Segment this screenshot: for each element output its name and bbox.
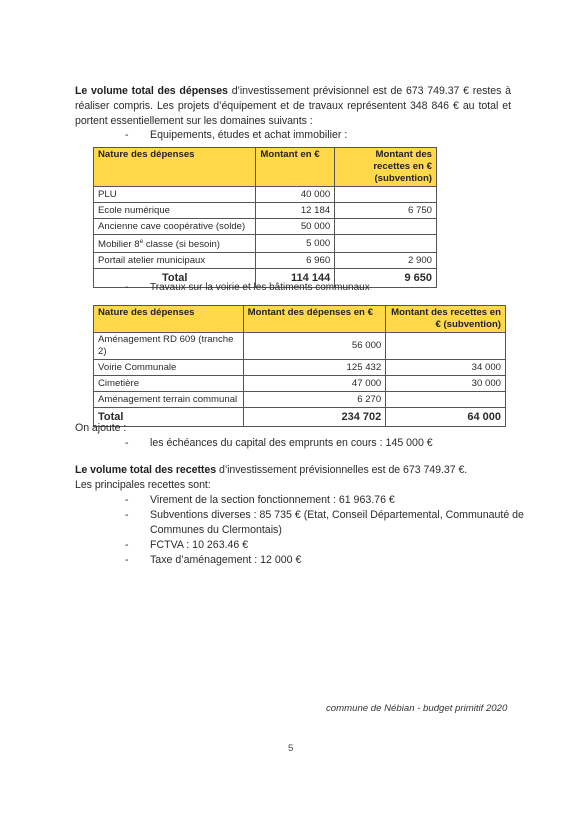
- recette-item-text: Subventions diverses : 85 735 € (Etat, C…: [150, 508, 524, 523]
- header-montant: Montant des dépenses en €: [243, 306, 386, 333]
- cell-nature: PLU: [94, 187, 256, 203]
- header-nature: Nature des dépenses: [94, 148, 256, 187]
- section1-title: Equipements, études et achat immobilier …: [150, 128, 347, 143]
- intro-bold: Le volume total des dépenses: [75, 85, 228, 97]
- cell-nature: Voirie Communale: [94, 360, 244, 376]
- cell-montant: 6 960: [256, 253, 335, 269]
- bullet-dash: -: [125, 436, 129, 451]
- bullet-dash: -: [125, 280, 128, 295]
- cell-nature-text: Mobilier 8e classe (si besoin): [98, 239, 220, 250]
- table-row: Portail atelier municipaux 6 960 2 900: [94, 253, 437, 269]
- cell-montant: 56 000: [243, 333, 386, 360]
- cell-recettes: [335, 187, 437, 203]
- cell-nature: Ecole numérique: [94, 203, 256, 219]
- cell-montant: 125 432: [243, 360, 386, 376]
- recette-item-text: Virement de la section fonctionnement : …: [150, 493, 395, 508]
- table-row: Cimetière 47 000 30 000: [94, 376, 506, 392]
- cell-nature: Aménagement RD 609 (tranche 2): [94, 333, 244, 360]
- cell-montant: 40 000: [256, 187, 335, 203]
- recettes-subtitle: Les principales recettes sont:: [75, 478, 511, 493]
- table-row: Ancienne cave coopérative (solde) 50 000: [94, 219, 437, 235]
- cell-montant: 5 000: [256, 235, 335, 253]
- cell-nature: Mobilier 8e classe (si besoin): [94, 235, 256, 253]
- ajoute-item-text: les échéances du capital des emprunts en…: [150, 436, 433, 451]
- cell-nature: Ancienne cave coopérative (solde): [94, 219, 256, 235]
- bullet-dash: -: [125, 508, 129, 523]
- intro-paragraph: Le volume total des dépenses d’investiss…: [75, 84, 511, 129]
- table-row: Aménagement terrain communal 6 270: [94, 392, 506, 408]
- recettes-paragraph: Le volume total des recettes d’investiss…: [75, 463, 511, 478]
- equipment-expenses-table: Nature des dépenses Montant en € Montant…: [93, 147, 437, 288]
- cell-recettes: 2 900: [335, 253, 437, 269]
- bullet-dash: -: [125, 553, 129, 568]
- table-row: Ecole numérique 12 184 6 750: [94, 203, 437, 219]
- cell-montant: 6 270: [243, 392, 386, 408]
- header-recettes: Montant des recettes en € (subvention): [335, 148, 437, 187]
- cell-montant: 50 000: [256, 219, 335, 235]
- ajoute-label: On ajoute :: [75, 421, 511, 436]
- cell-recettes: 6 750: [335, 203, 437, 219]
- bullet-dash: -: [125, 538, 129, 553]
- table-header-row: Nature des dépenses Montant en € Montant…: [94, 148, 437, 187]
- page-number: 5: [288, 743, 293, 754]
- cell-recettes: 34 000: [386, 360, 506, 376]
- recette-item-text: FCTVA : 10 263.46 €: [150, 538, 248, 553]
- footer-caption: commune de Nébian - budget primitif 2020: [326, 703, 507, 714]
- header-nature: Nature des dépenses: [94, 306, 244, 333]
- recettes-bold: Le volume total des recettes: [75, 464, 216, 476]
- cell-recettes: 30 000: [386, 376, 506, 392]
- header-montant: Montant en €: [256, 148, 335, 187]
- table-row: Mobilier 8e classe (si besoin) 5 000: [94, 235, 437, 253]
- cell-recettes: [335, 235, 437, 253]
- cell-nature: Cimetière: [94, 376, 244, 392]
- cell-montant: 12 184: [256, 203, 335, 219]
- cell-recettes: [335, 219, 437, 235]
- roadworks-expenses-table: Nature des dépenses Montant des dépenses…: [93, 305, 506, 427]
- cell-nature: Aménagement terrain communal: [94, 392, 244, 408]
- recettes-text: d’investissement prévisionnelles est de …: [216, 464, 467, 476]
- bullet-dash: -: [125, 128, 129, 143]
- bullet-dash: -: [125, 493, 129, 508]
- table-row: Voirie Communale 125 432 34 000: [94, 360, 506, 376]
- cell-recettes: [386, 333, 506, 360]
- table-row: Aménagement RD 609 (tranche 2) 56 000: [94, 333, 506, 360]
- header-recettes: Montant des recettes en € (subvention): [386, 306, 506, 333]
- cell-recettes: [386, 392, 506, 408]
- recette-item-cont-text: Communes du Clermontais): [150, 523, 282, 538]
- cell-nature: Portail atelier municipaux: [94, 253, 256, 269]
- cell-montant: 47 000: [243, 376, 386, 392]
- section2-title: Travaux sur la voirie et les bâtiments c…: [150, 280, 370, 295]
- table-row: PLU 40 000: [94, 187, 437, 203]
- document-page: Le volume total des dépenses d’investiss…: [0, 0, 588, 832]
- table-header-row: Nature des dépenses Montant des dépenses…: [94, 306, 506, 333]
- recette-item-text: Taxe d’aménagement : 12 000 €: [150, 553, 301, 568]
